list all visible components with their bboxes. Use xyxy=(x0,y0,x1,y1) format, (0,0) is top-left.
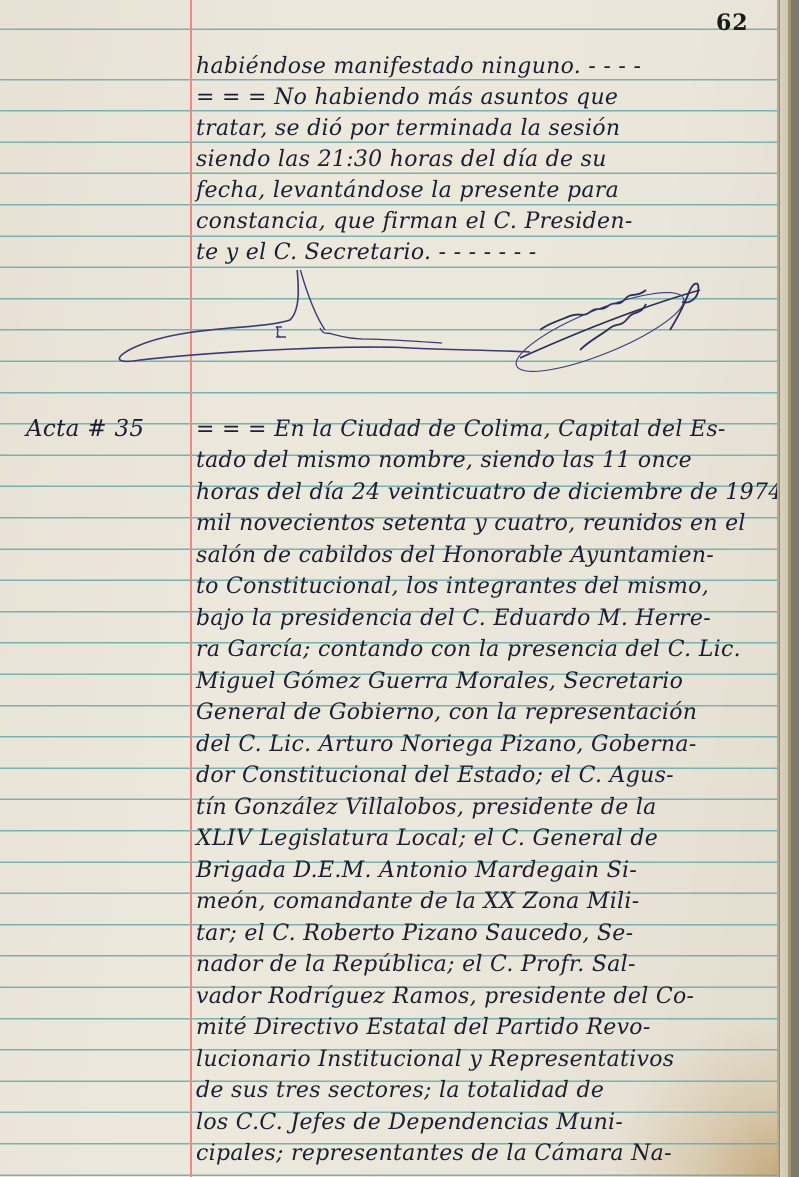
book-background xyxy=(791,0,799,1177)
acta-number-label: Acta # 35 xyxy=(26,416,144,442)
page-edge xyxy=(777,0,779,1177)
text-line: tado del mismo nombre, siendo las 11 onc… xyxy=(196,448,776,473)
text-line: cipales; representantes de la Cámara Na- xyxy=(196,1141,776,1166)
text-line: mil novecientos setenta y cuatro, reunid… xyxy=(196,511,776,536)
text-line: dor Constitucional del Estado; el C. Agu… xyxy=(196,763,776,788)
text-line: te y el C. Secretario. - - - - - - - xyxy=(196,240,776,265)
text-line: fecha, levantándose la presente para xyxy=(196,178,776,203)
text-line: XLIV Legislatura Local; el C. General de xyxy=(196,826,776,851)
text-line: del C. Lic. Arturo Noriega Pizano, Gober… xyxy=(196,732,776,757)
signature-secretario-icon xyxy=(110,270,730,390)
text-line: vador Rodríguez Ramos, presidente del Co… xyxy=(196,984,776,1009)
page-stack-edge xyxy=(780,0,788,1177)
text-line: Brigada D.E.M. Antonio Mardegain Si- xyxy=(196,858,776,883)
text-line: de sus tres sectores; la totalidad de xyxy=(196,1078,776,1103)
text-line: bajo la presidencia del C. Eduardo M. He… xyxy=(196,606,776,631)
text-line: General de Gobierno, con la representaci… xyxy=(196,700,776,725)
text-line: lucionario Institucional y Representativ… xyxy=(196,1047,776,1072)
text-line: salón de cabildos del Honorable Ayuntami… xyxy=(196,543,776,568)
text-line: mité Directivo Estatal del Partido Revo- xyxy=(196,1015,776,1040)
text-line: = = = No habiendo más asuntos que xyxy=(196,85,776,110)
text-line: nador de la República; el C. Profr. Sal- xyxy=(196,952,776,977)
red-margin-line xyxy=(190,0,192,1177)
text-line: meón, comandante de la XX Zona Mili- xyxy=(196,889,776,914)
text-line: constancia, que firman el C. Presiden- xyxy=(196,209,776,234)
text-line: tratar, se dió por terminada la sesión xyxy=(196,116,776,141)
text-line: los C.C. Jefes de Dependencias Muni- xyxy=(196,1110,776,1135)
text-line: horas del día 24 veinticuatro de diciemb… xyxy=(196,480,776,505)
page-number: 62 xyxy=(716,10,749,36)
ledger-page: 62 habiéndose manifestado ninguno. - - -… xyxy=(0,0,778,1177)
text-line: tín González Villalobos, presidente de l… xyxy=(196,795,776,820)
text-line: to Constitucional, los integrantes del m… xyxy=(196,574,776,599)
text-line: habiéndose manifestado ninguno. - - - - xyxy=(196,54,776,79)
text-line: = = = En la Ciudad de Colima, Capital de… xyxy=(196,417,776,442)
text-line: siendo las 21:30 horas del día de su xyxy=(196,147,776,172)
text-line: Miguel Gómez Guerra Morales, Secretario xyxy=(196,669,776,694)
text-line: ra García; contando con la presencia del… xyxy=(196,637,776,662)
signatures-area xyxy=(110,270,730,390)
text-line: tar; el C. Roberto Pizano Saucedo, Se- xyxy=(196,921,776,946)
